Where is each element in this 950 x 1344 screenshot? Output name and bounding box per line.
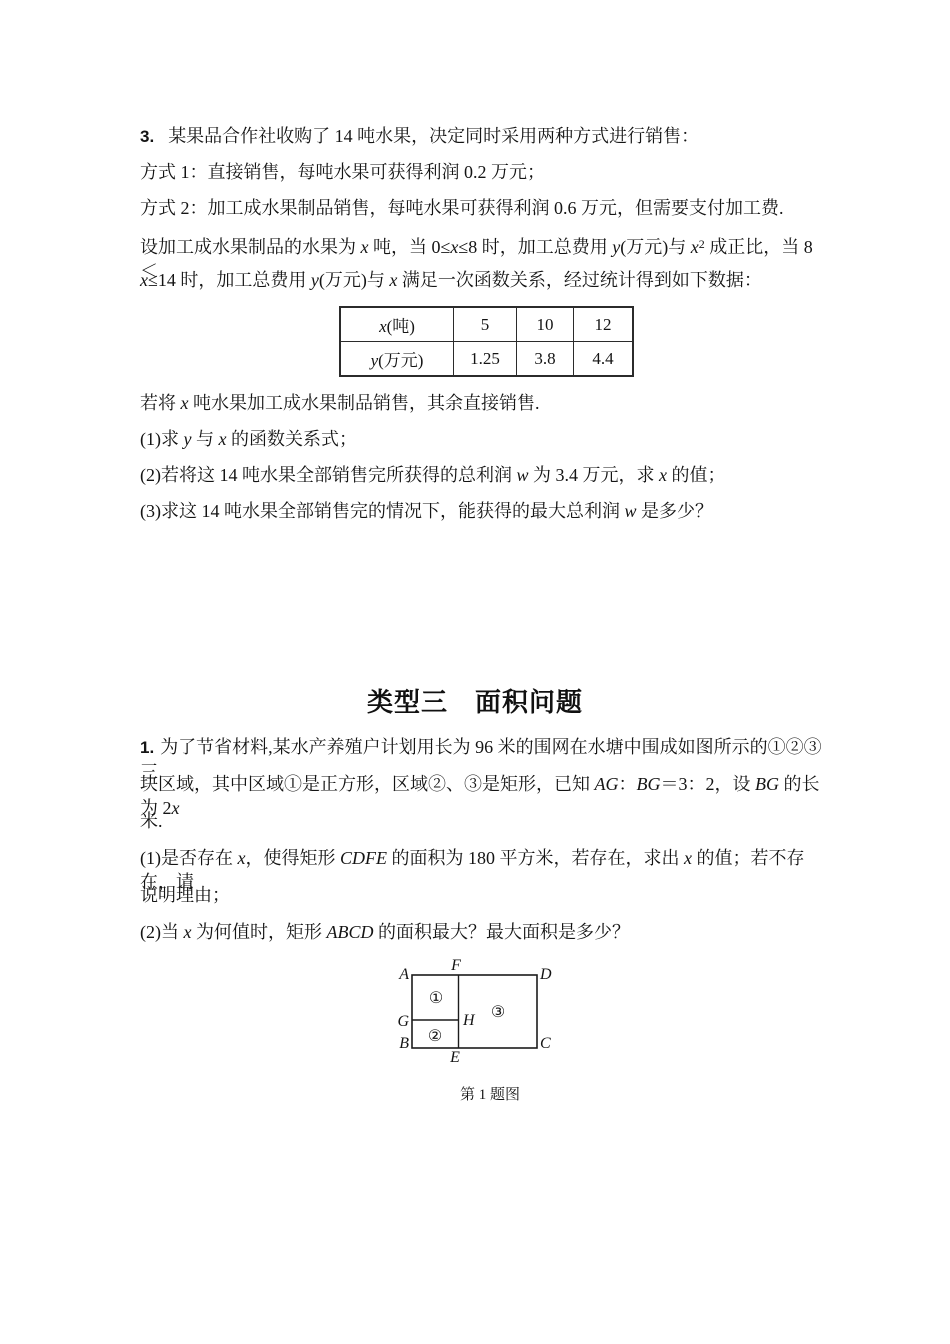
figure-caption: 第 1 题图 [385, 1083, 595, 1104]
problem1-line-5: 说明理由； [140, 883, 830, 907]
problem3-line-9: (3)求这 14 吨水果全部销售完的情况下，能获得的最大总利润 w 是多少？ [140, 499, 830, 523]
problem3-line-3: 方式 2：加工成水果制品销售，每吨水果可获得利润 0.6 万元，但需要支付加工费… [140, 196, 830, 220]
problem3-line-7: (1)求 y 与 x 的函数关系式； [140, 427, 830, 451]
problem1-line-3: 米. [140, 809, 830, 833]
point-label-E: E [449, 1049, 460, 1066]
table-cell: 4.4 [574, 342, 634, 377]
table-row-y: y(万元) 1.25 3.8 4.4 [340, 342, 633, 377]
region-label-3: ③ [491, 1004, 505, 1021]
table-cell: 3.8 [517, 342, 574, 377]
problem3-line-2: 方式 1：直接销售，每吨水果可获得利润 0.2 万元； [140, 160, 830, 184]
region-label-1: ① [429, 990, 443, 1007]
point-label-H: H [462, 1012, 476, 1029]
problem3-line-8: (2)若将这 14 吨水果全部销售完所获得的总利润 w 为 3.4 万元，求 x… [140, 463, 830, 487]
point-label-D: D [539, 966, 552, 983]
document-page: 3.某果品合作社收购了 14 吨水果，决定同时采用两种方式进行销售： 方式 1：… [0, 0, 950, 1344]
problem1-line-6: (2)当 x 为何值时，矩形 ABCD 的面积最大？最大面积是多少？ [140, 920, 830, 944]
data-table: x(吨) 5 10 12 y(万元) 1.25 3.8 4.4 [339, 306, 634, 377]
point-label-B: B [399, 1035, 409, 1052]
region-label-2: ② [428, 1028, 442, 1045]
table-cell: 12 [574, 307, 634, 342]
figure-svg: A F D G H B E C ① ② ③ [385, 950, 585, 1075]
table-header-x: x(吨) [340, 307, 454, 342]
problem3-line-1: 3.某果品合作社收购了 14 吨水果，决定同时采用两种方式进行销售： [140, 124, 830, 149]
figure-diagram: A F D G H B E C ① ② ③ [385, 950, 585, 1075]
point-label-G: G [397, 1013, 409, 1030]
section-title: 类型三 面积问题 [0, 682, 950, 719]
table-header-y: y(万元) [340, 342, 454, 377]
problem3-line-6: 若将 x 吨水果加工成水果制品销售，其余直接销售. [140, 391, 830, 415]
table-row-x: x(吨) 5 10 12 [340, 307, 633, 342]
table-cell: 1.25 [454, 342, 517, 377]
table-cell: 10 [517, 307, 574, 342]
point-label-F: F [450, 957, 461, 974]
point-label-C: C [540, 1035, 551, 1052]
point-label-A: A [398, 966, 409, 983]
table-cell: 5 [454, 307, 517, 342]
problem3-line-5: x≤14 时，加工总费用 y(万元)与 x 满足一次函数关系，经过统计得到如下数… [140, 268, 830, 292]
